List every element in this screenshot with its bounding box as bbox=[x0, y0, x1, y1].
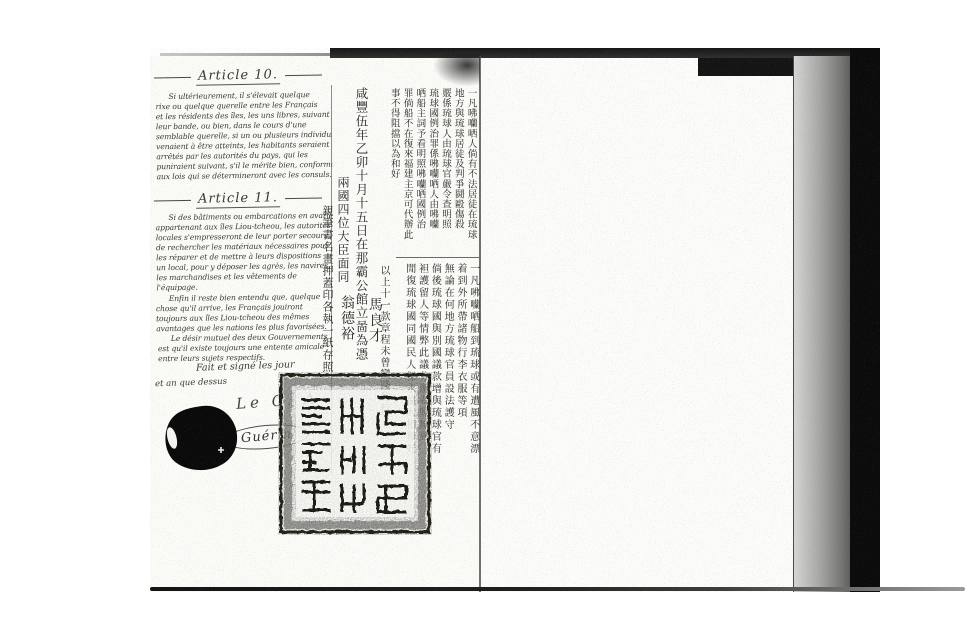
article-10-heading: Article 10. bbox=[196, 67, 280, 85]
article-10-paragraph: Si ultérieurement, il s'élevait quelquer… bbox=[155, 90, 332, 182]
book-spread-scan: Article 10. Si ultérieurement, il s'élev… bbox=[150, 48, 880, 592]
chinese-article-block-top: 一凡咈囒哂人倘有不法居徒在琉球地方與琉球居徒及判爭鬪毆傷殺覈係琉球人由琉球官嚴令… bbox=[387, 88, 477, 240]
chinese-column: 琉球國例治罪係咈囒哂人由咈囒 bbox=[425, 88, 438, 240]
page-edge-fold-shadow bbox=[793, 56, 850, 592]
square-kanji-seal-icon bbox=[278, 372, 432, 535]
signatory-name-left: 翁德裕 bbox=[337, 295, 357, 342]
page-gutter-line bbox=[479, 56, 481, 592]
signatory-name-right: 馬良才 bbox=[365, 297, 385, 344]
chinese-column: 一凡咈囒哂船到琉球或有遭風不意漂 bbox=[466, 263, 479, 455]
chinese-column: 一凡咈囒哂人倘有不法居徒在琉球 bbox=[464, 88, 477, 240]
chinese-column: 事不得阻擋以為和好 bbox=[387, 88, 400, 240]
article-10-heading-row: Article 10. bbox=[154, 67, 322, 87]
chinese-column: 覈係琉球人由琉球官嚴令查明照 bbox=[438, 88, 451, 240]
scanned-treaty-page: Article 10. Si ultérieurement, il s'élev… bbox=[0, 0, 972, 644]
chinese-column: 地方與琉球居徒及判爭鬪毆傷殺 bbox=[451, 88, 464, 240]
article-11-heading-row: Article 11. bbox=[154, 190, 322, 210]
rule-dash bbox=[154, 200, 191, 202]
chinese-column: 哂船主詞予看明照咈囒哂國例治 bbox=[413, 88, 426, 240]
rule-dash bbox=[285, 198, 322, 200]
chinese-attest-column-2: 親筆書名畫押蓋印各執一紙存照 bbox=[319, 205, 335, 373]
chinese-column: 罪倘船不在復來福建主京可代辦此 bbox=[400, 88, 413, 240]
right-blank-page bbox=[481, 58, 793, 592]
chinese-column: 無論在何地方琉球官員設法護守 bbox=[440, 263, 453, 455]
article-11-paragraph-3: Le désir mutuel des deux Gouvernementses… bbox=[158, 332, 334, 364]
ink-smudge bbox=[434, 54, 480, 86]
black-wax-seal-icon bbox=[162, 404, 242, 474]
scanner-black-strip bbox=[850, 48, 880, 592]
rule-dash bbox=[285, 75, 322, 77]
chinese-attest-column-1: 兩國四位大臣面同 bbox=[335, 176, 352, 284]
scan-bottom-edge-line bbox=[150, 587, 965, 591]
chinese-column: 着到外所帶諸物行李衣服等項 bbox=[453, 263, 466, 455]
article-11-paragraph-2: Enfin il reste bien entendu que, quelque… bbox=[156, 292, 333, 334]
rule-dash bbox=[154, 77, 191, 79]
right-page-top-shadow bbox=[698, 58, 793, 76]
block-divider-rule bbox=[396, 257, 480, 258]
page-top-edge-line bbox=[160, 53, 332, 56]
article-11-heading: Article 11. bbox=[196, 190, 280, 208]
article-11-paragraph-1: Si des bâtiments ou embarcations en avar… bbox=[155, 211, 332, 293]
